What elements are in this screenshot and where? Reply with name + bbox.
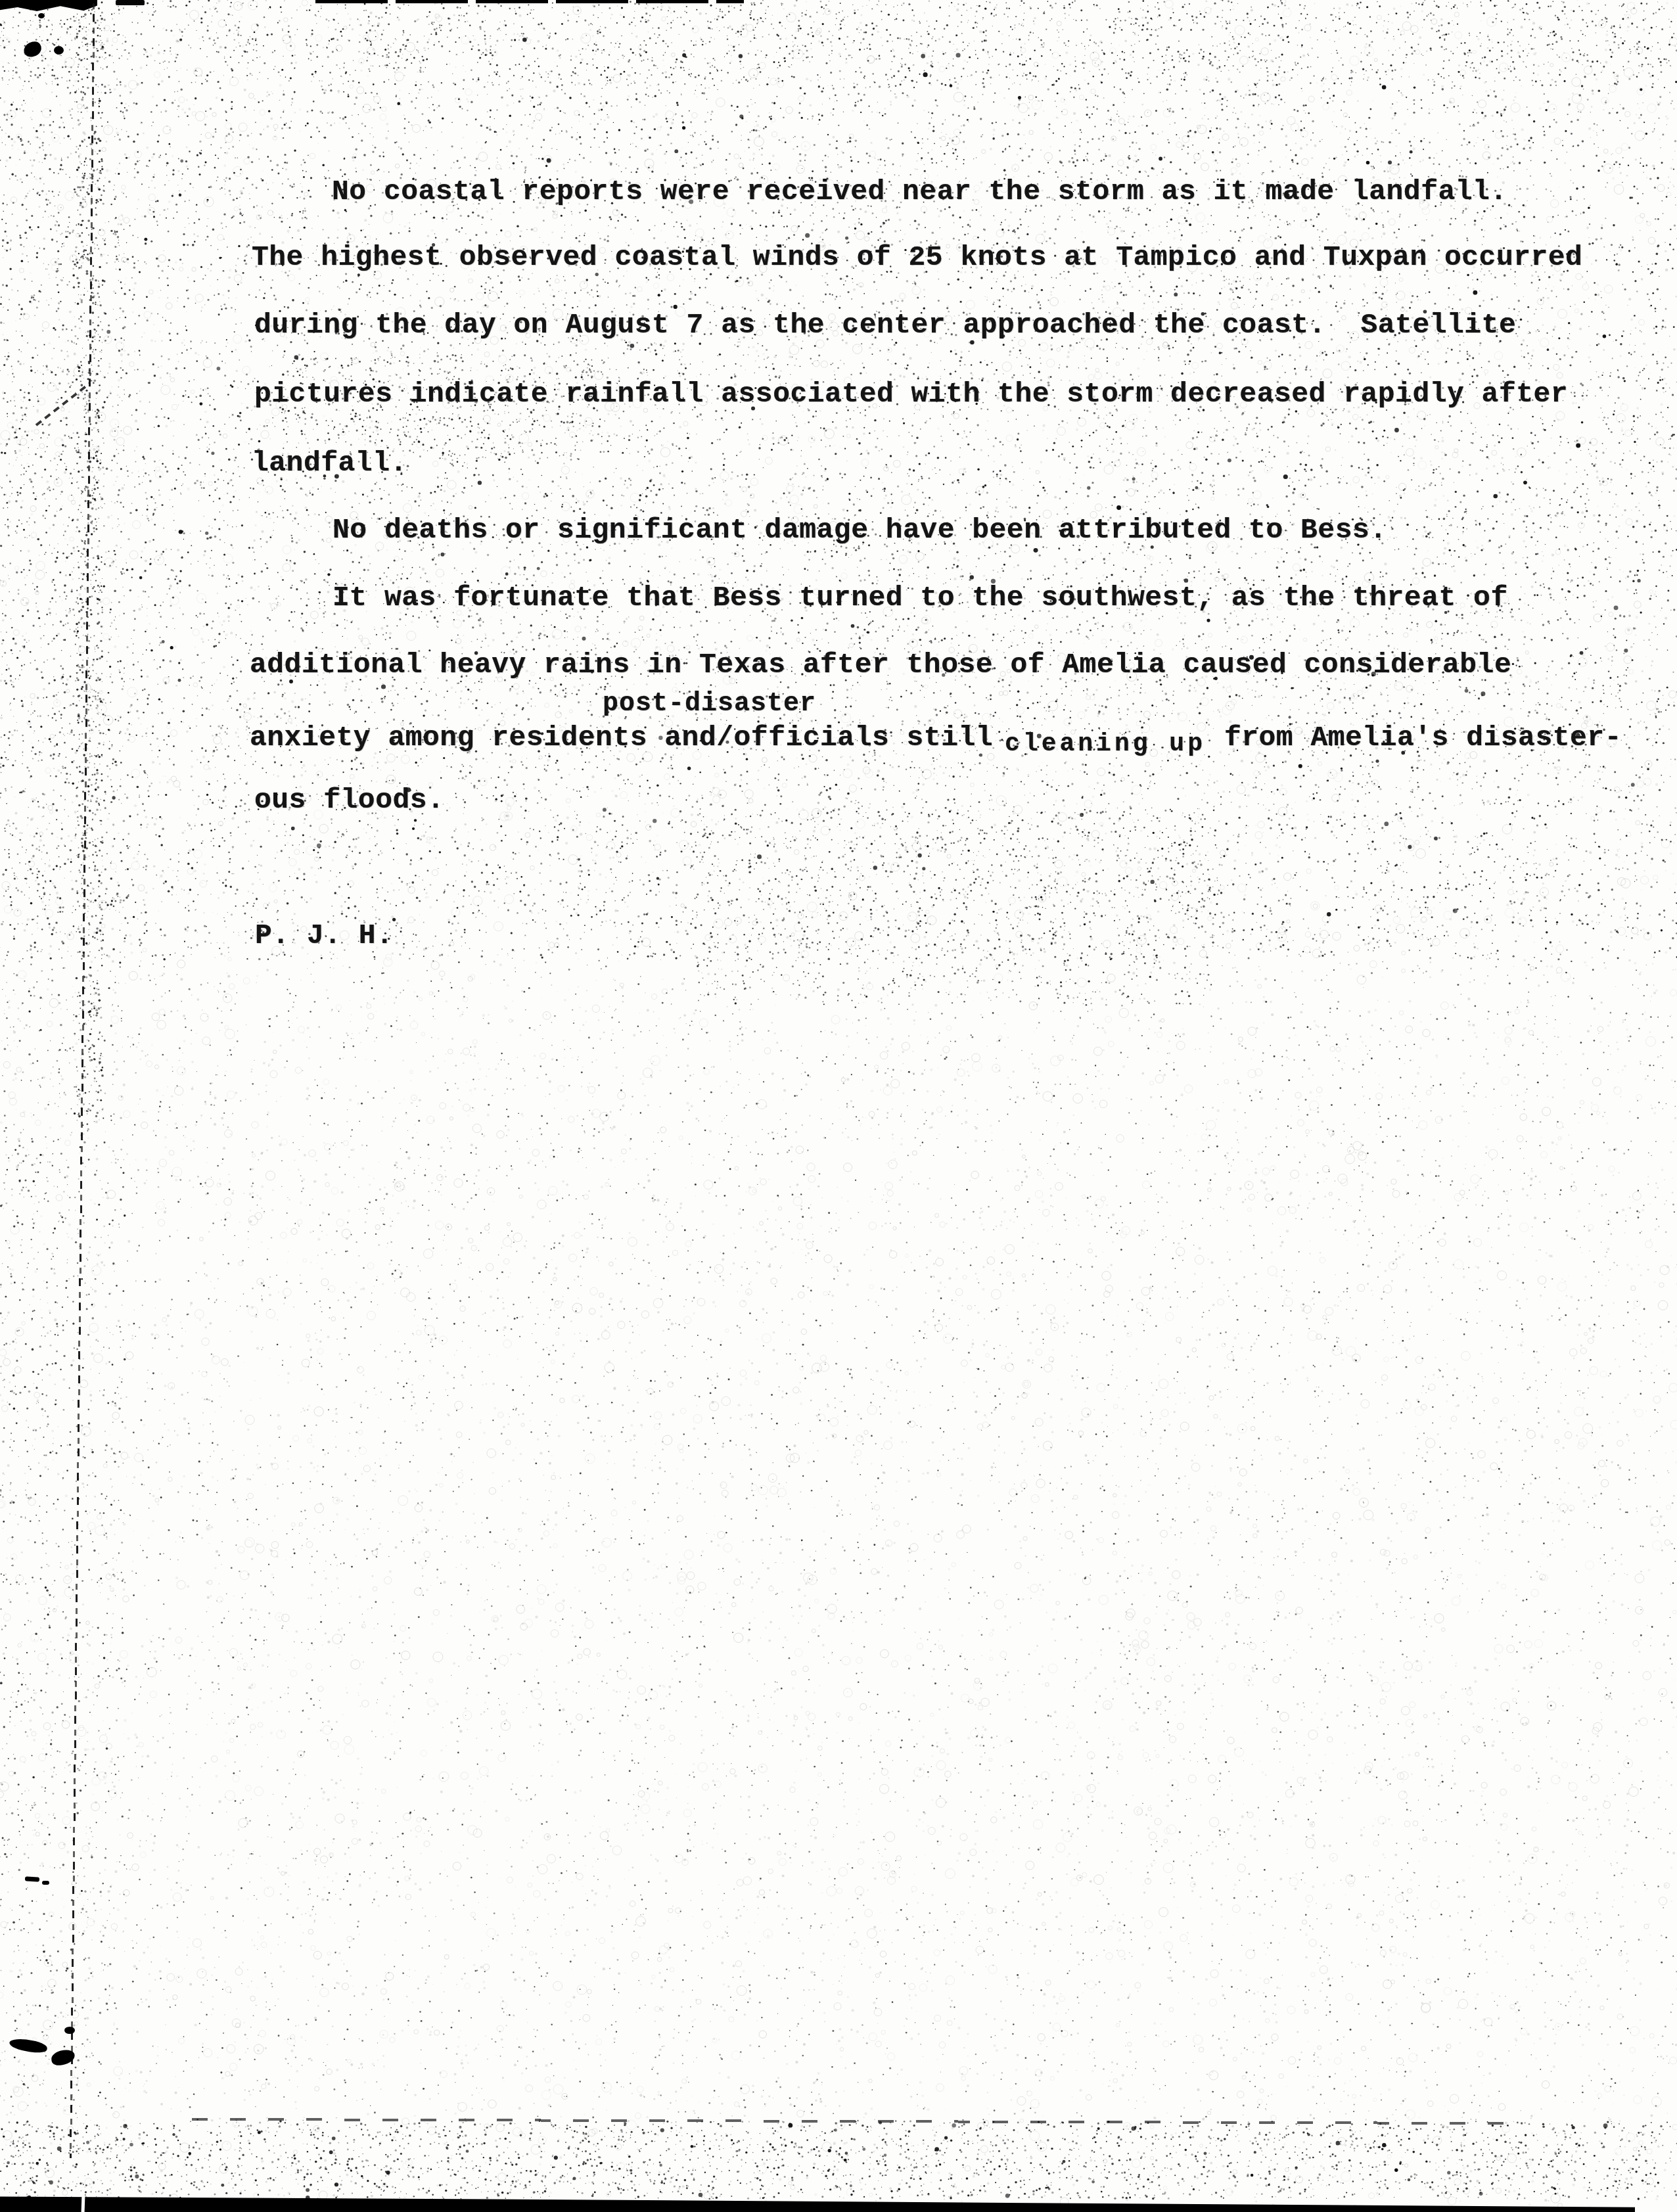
typed-line-7: It was fortunate that Bess turned to the… (333, 582, 1508, 614)
typed-line-9-before: anxiety among residents and/officials st… (250, 722, 993, 754)
scan-artifact-blob (38, 13, 45, 18)
typed-line-9-inserted: cleaning up (1005, 728, 1206, 761)
typed-line-9: anxiety among residents and/officials st… (250, 722, 1622, 756)
typed-line-4: pictures indicate rainfall associated wi… (254, 378, 1568, 411)
scan-artifact-topleft-dash (116, 0, 145, 5)
scan-artifact-top-edge-line (315, 0, 744, 3)
typed-line-9-after: from Amelia's disaster- (1224, 722, 1622, 754)
scan-artifact-blob (64, 2027, 75, 2034)
scan-artifact-bottom-bar-slit (81, 2196, 85, 2212)
typed-initials: P. J. H. (255, 919, 393, 952)
typed-line-5: landfall. (252, 447, 407, 480)
typed-line-10: ous floods. (254, 784, 444, 817)
scanned-document-screenshot: { "page": { "paper_color": "#fdfdfc", "i… (0, 0, 1677, 2212)
typed-line-2: The highest observed coastal winds of 25… (252, 241, 1582, 274)
scan-artifact-blob (25, 1876, 39, 1882)
scan-artifact-blob (54, 46, 64, 55)
typed-line-3: during the day on August 7 as the center… (254, 309, 1516, 342)
scan-artifact-blob (42, 1881, 49, 1885)
typed-line-1: No coastal reports were received near th… (332, 175, 1507, 208)
typed-insertion-post-disaster: post-disaster (603, 688, 816, 721)
typed-line-8: additional heavy rains in Texas after th… (250, 649, 1511, 681)
typed-line-6: No deaths or significant damage have bee… (333, 514, 1387, 547)
